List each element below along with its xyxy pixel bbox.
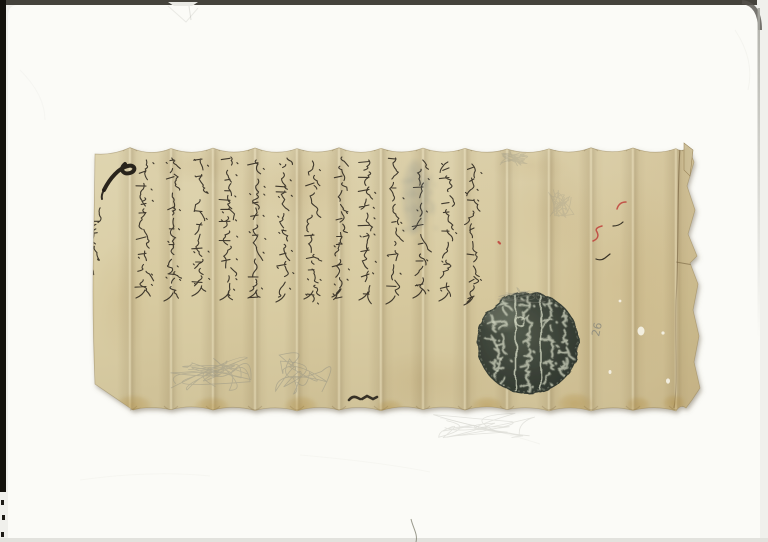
red-ink-mark xyxy=(499,242,501,244)
manuscript-scan-svg: 26 xyxy=(0,0,768,542)
scan-edge-top xyxy=(0,0,757,5)
paper-hole-fleck xyxy=(609,370,612,374)
paper-hole-fleck xyxy=(661,331,664,334)
seal-stamp xyxy=(477,292,579,394)
fold-crease xyxy=(663,140,689,420)
scan-edge-right xyxy=(758,8,761,338)
scanned-page: 26 xyxy=(0,0,768,542)
paper-hole-fleck xyxy=(638,327,645,336)
paper-hole-fleck xyxy=(666,378,670,383)
paper-hole-fleck xyxy=(619,300,622,303)
scan-edge-left xyxy=(0,0,6,492)
